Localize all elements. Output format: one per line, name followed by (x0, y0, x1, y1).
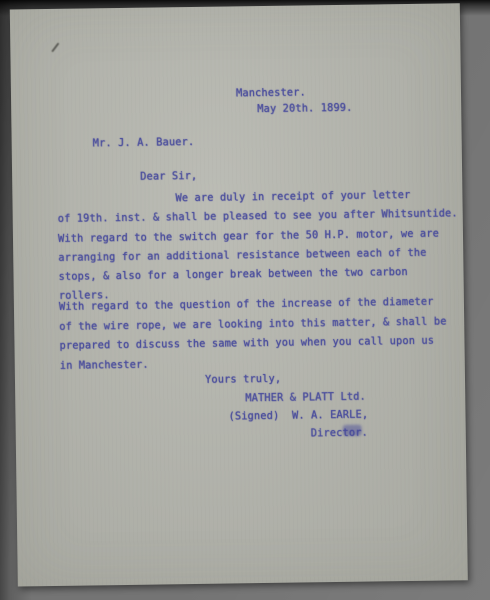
letter-signature: (Signed) W. A. EARLE, (228, 409, 368, 423)
letter-addressee: Mr. J. A. Bauer. (93, 136, 195, 149)
photo-background: Manchester. May 20th. 1899. Mr. J. A. Ba… (0, 0, 490, 600)
pen-mark (51, 42, 59, 52)
letter-salutation: Dear Sir, (140, 170, 197, 183)
letter-paragraph-2: With regard to the question of the incre… (59, 292, 460, 376)
letter-company-name: MATHER & PLATT Ltd. (245, 391, 366, 405)
ink-blot (343, 425, 362, 436)
letter-paragraph-1: We are duly in receipt of your letter of… (57, 185, 459, 306)
letter-date: May 20th. 1899. (257, 102, 352, 115)
letter-closing: Yours truly, (205, 373, 281, 386)
letter-paper: Manchester. May 20th. 1899. Mr. J. A. Ba… (10, 3, 468, 586)
letter-place: Manchester. (236, 86, 306, 99)
